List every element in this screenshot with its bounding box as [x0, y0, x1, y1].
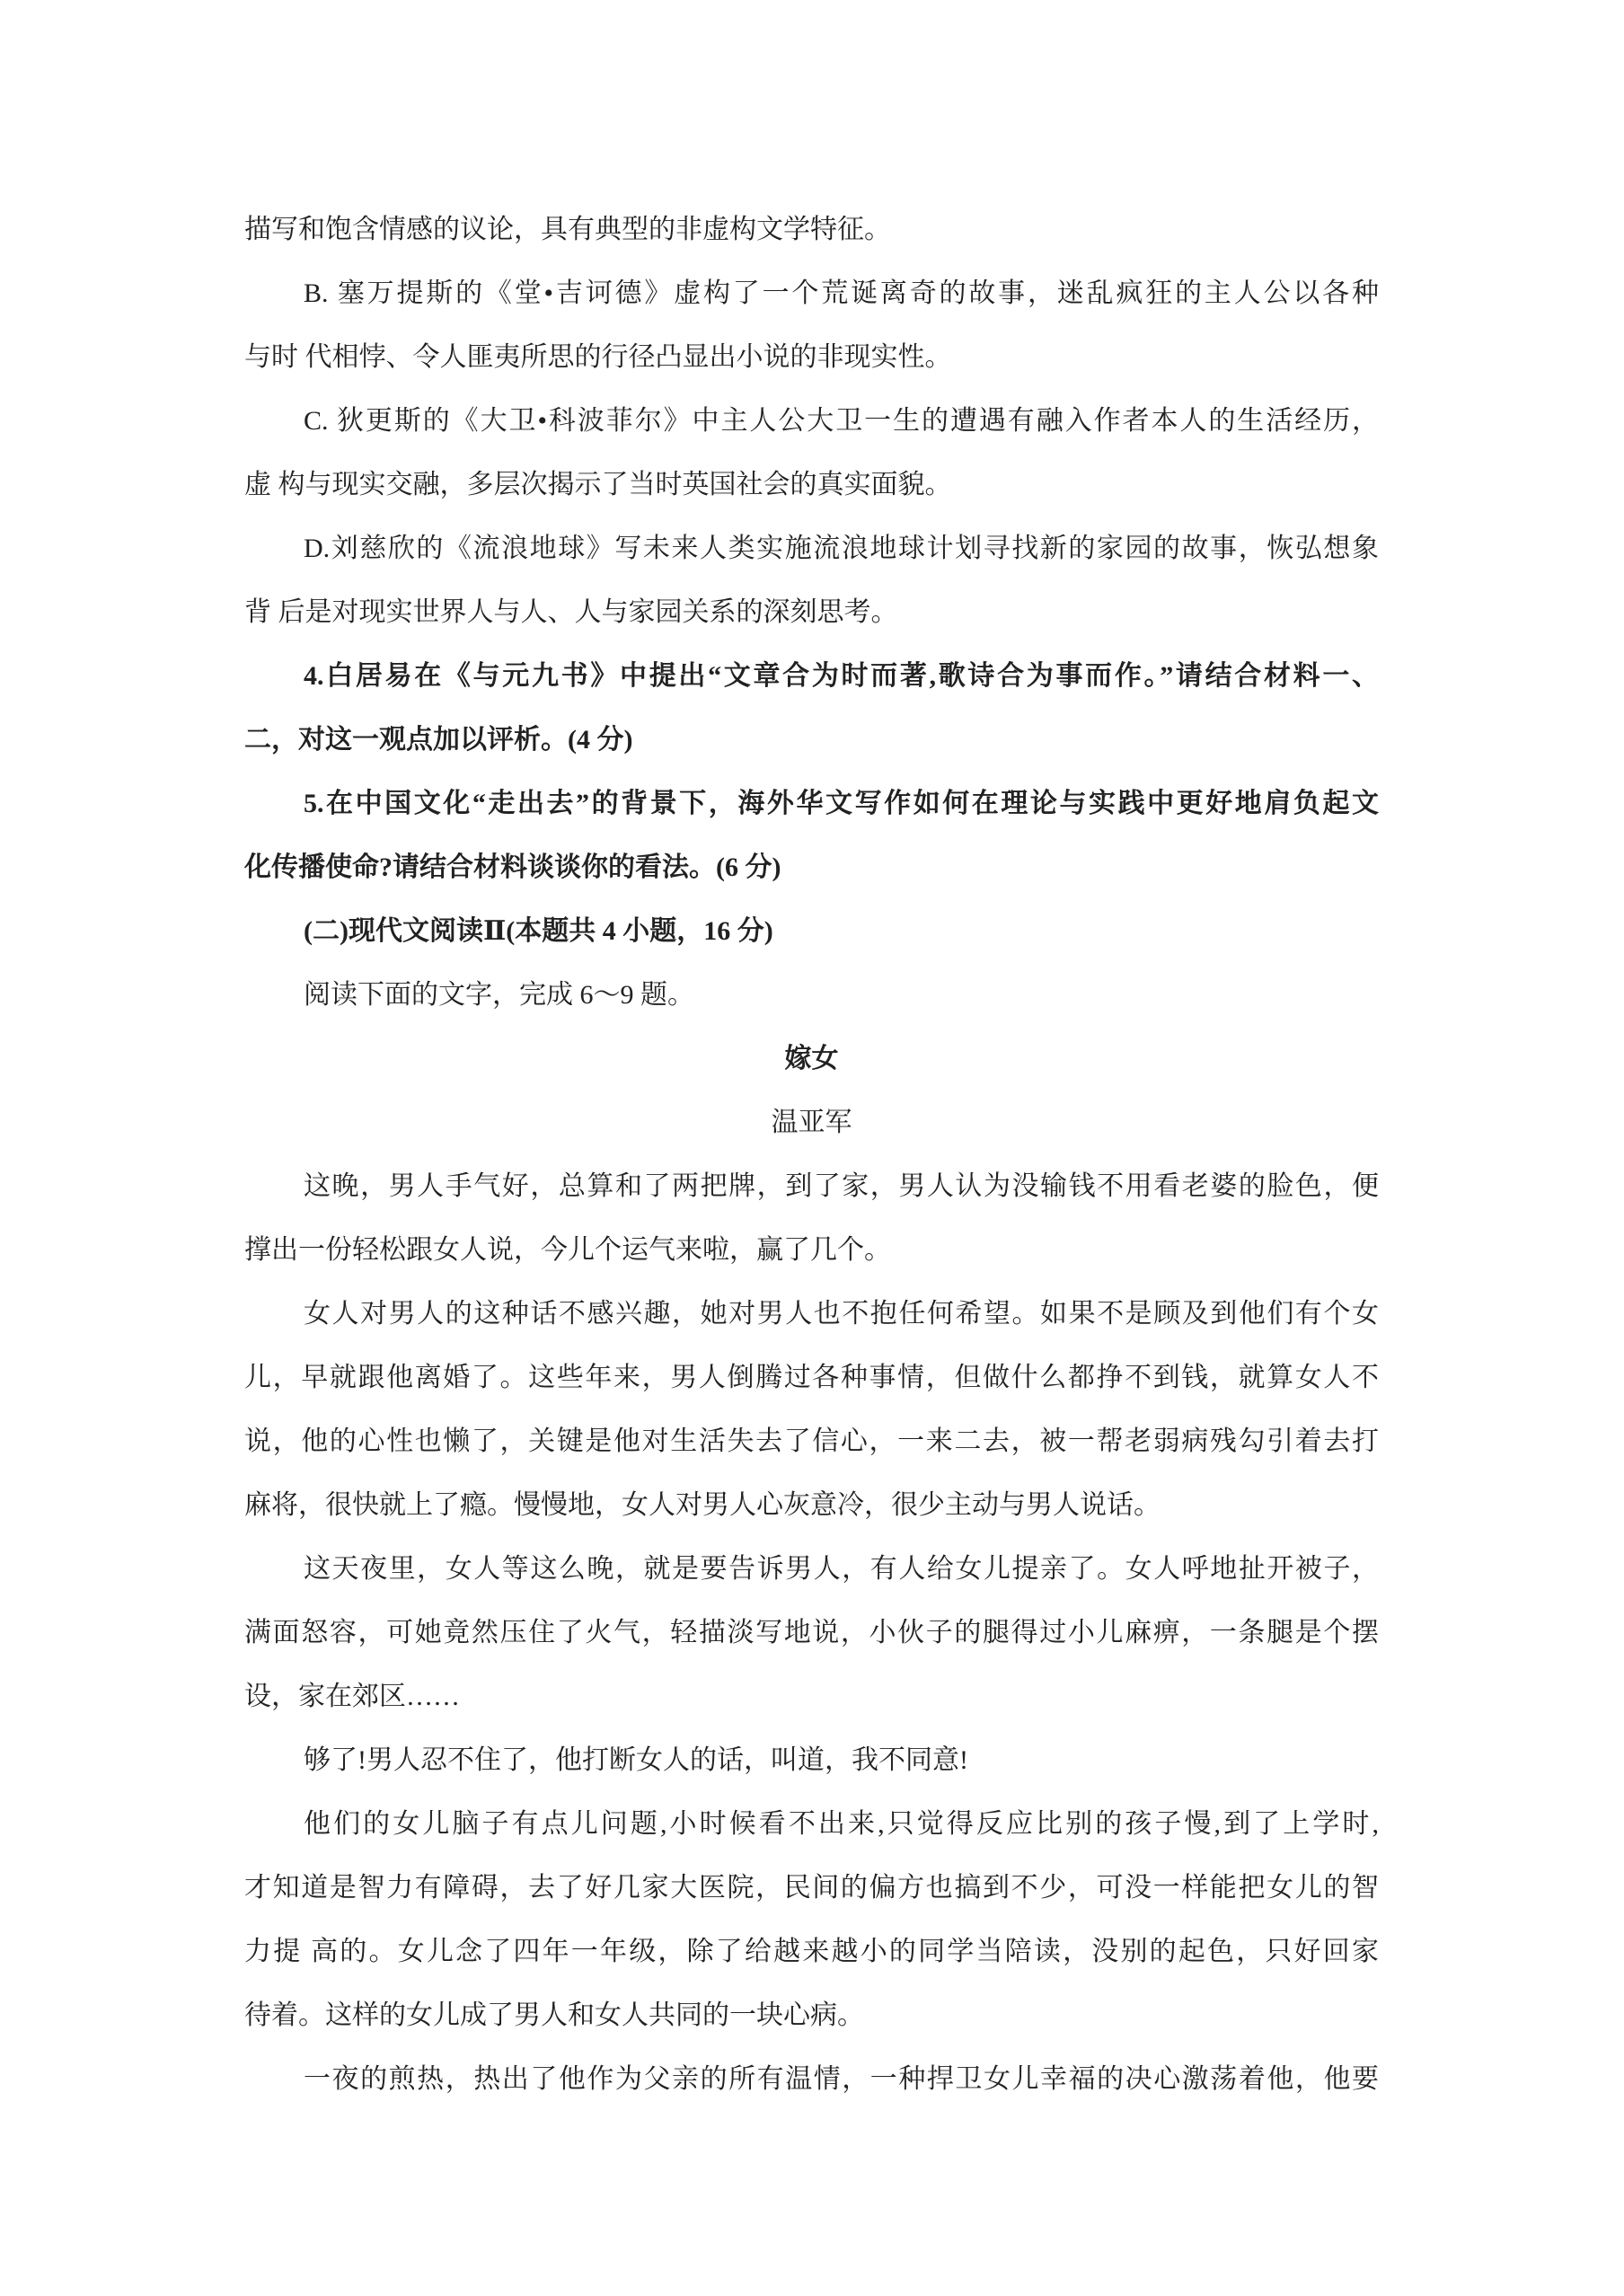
- text-column: 描写和饱含情感的议论，具有典型的非虚构文学特征。B. 塞万提斯的《堂•吉诃德》虚…: [244, 198, 1379, 2111]
- paragraph-1-line-1: 这晚，男人手气好，总算和了两把牌，到了家，男人认为没输钱不用看老婆的脸色，便: [244, 1154, 1379, 1218]
- option-b-line-2: 与时 代相悖、令人匪夷所思的行径凸显出小说的非现实性。: [244, 325, 1379, 389]
- paragraph-1-line-2: 撑出一份轻松跟女人说，今儿个运气来啦，赢了几个。: [244, 1218, 1379, 1282]
- paragraph-5-line-3: 力提 高的。女儿念了四年一年级，除了给越来越小的同学当陪读，没别的起色，只好回家: [244, 1920, 1379, 1983]
- option-a-continuation: 描写和饱含情感的议论，具有典型的非虚构文学特征。: [244, 198, 1379, 261]
- option-d-line-1: D.刘慈欣的《流浪地球》写未来人类实施流浪地球计划寻找新的家园的故事，恢弘想象: [244, 517, 1379, 580]
- question-4-line-1: 4.白居易在《与元九书》中提出“文章合为时而著,歌诗合为事而作。”请结合材料一、: [244, 644, 1379, 708]
- paragraph-4-line-1: 够了!男人忍不住了，他打断女人的话，叫道，我不同意!: [244, 1728, 1379, 1792]
- option-c-line-2: 虚 构与现实交融，多层次揭示了当时英国社会的真实面貌。: [244, 453, 1379, 517]
- paragraph-5-line-4: 待着。这样的女儿成了男人和女人共同的一块心病。: [244, 1983, 1379, 2047]
- option-c-line-1: C. 狄更斯的《大卫•科波菲尔》中主人公大卫一生的遭遇有融入作者本人的生活经历，: [244, 389, 1379, 453]
- paragraph-3-line-2: 满面怒容，可她竟然压住了火气，轻描淡写地说，小伙子的腿得过小儿麻痹，一条腿是个摆: [244, 1601, 1379, 1665]
- option-b-line-1: B. 塞万提斯的《堂•吉诃德》虚构了一个荒诞离奇的故事，迷乱疯狂的主人公以各种: [244, 261, 1379, 325]
- paragraph-3-line-3: 设，家在郊区……: [244, 1665, 1379, 1728]
- question-4-line-2: 二，对这一观点加以评析。(4 分): [244, 708, 1379, 772]
- option-d-line-2: 背 后是对现实世界人与人、人与家园关系的深刻思考。: [244, 580, 1379, 644]
- paragraph-2-line-2: 儿，早就跟他离婚了。这些年来，男人倒腾过各种事情，但做什么都挣不到钱，就算女人不: [244, 1346, 1379, 1409]
- paragraph-5-line-1: 他们的女儿脑子有点儿问题,小时候看不出来,只觉得反应比别的孩子慢,到了上学时,: [244, 1792, 1379, 1856]
- question-5-line-2: 化传播使命?请结合材料谈谈你的看法。(6 分): [244, 835, 1379, 899]
- paragraph-2-line-4: 麻将，很快就上了瘾。慢慢地，女人对男人心灰意冷，很少主动与男人说话。: [244, 1473, 1379, 1537]
- paragraph-6-line-1: 一夜的煎热，热出了他作为父亲的所有温情，一种捍卫女儿幸福的决心激荡着他，他要: [244, 2047, 1379, 2111]
- paragraph-2-line-3: 说，他的心性也懒了，关键是他对生活失去了信心，一来二去，被一帮老弱病残勾引着去打: [244, 1409, 1379, 1473]
- paragraph-2-line-1: 女人对男人的这种话不感兴趣，她对男人也不抱任何希望。如果不是顾及到他们有个女: [244, 1282, 1379, 1346]
- paragraph-5-line-2: 才知道是智力有障碍，去了好几家大医院，民间的偏方也搞到不少，可没一样能把女儿的智: [244, 1856, 1379, 1920]
- passage-author: 温亚军: [244, 1091, 1379, 1154]
- question-5-line-1: 5.在中国文化“走出去”的背景下，海外华文写作如何在理论与实践中更好地肩负起文: [244, 772, 1379, 835]
- paragraph-3-line-1: 这天夜里，女人等这么晚，就是要告诉男人，有人给女儿提亲了。女人呼地扯开被子，: [244, 1537, 1379, 1601]
- exam-paper-page: 描写和饱含情感的议论，具有典型的非虚构文学特征。B. 塞万提斯的《堂•吉诃德》虚…: [0, 0, 1624, 2296]
- reading-instruction: 阅读下面的文字，完成 6～9 题。: [244, 963, 1379, 1027]
- passage-title: 嫁女: [244, 1027, 1379, 1091]
- section-header: (二)现代文阅读Ⅱ(本题共 4 小题，16 分): [244, 899, 1379, 963]
